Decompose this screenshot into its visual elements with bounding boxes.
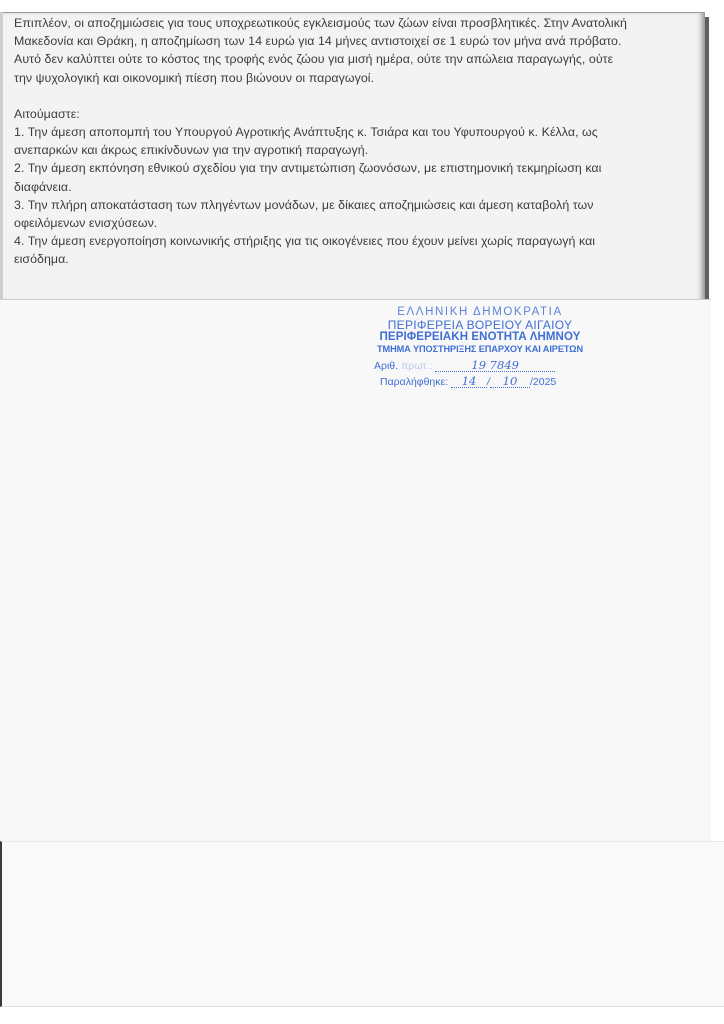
demand-item-4: 4. Την άμεση ενεργοποίηση κοινωνικής στή…: [14, 232, 704, 268]
text-line: 4. Την άμεση ενεργοποίηση κοινωνικής στή…: [14, 234, 595, 248]
demand-item-3: 3. Την πλήρη αποκατάσταση των πληγέντων …: [14, 196, 704, 232]
text-line: 1. Την άμεση αποπομπή του Υπουργού Αγροτ…: [14, 125, 598, 139]
protocol-number-label-faint: πρωτ.:: [401, 360, 432, 372]
text-line: 3. Την πλήρη αποκατάσταση των πληγέντων …: [14, 198, 594, 212]
stamp-protocol-number-row: Αριθ. πρωτ.: 19 7849: [374, 360, 590, 372]
scanned-page-middle-section: [0, 299, 711, 841]
protocol-number-label: Αριθ.: [374, 360, 398, 372]
stamp-received-date-row: Παραλήφθηκε: 14/10/2025: [380, 376, 596, 388]
paragraph-compensation: Επιπλέον, οι αποζημιώσεις για τους υποχρ…: [14, 14, 704, 87]
text-line: ανεπαρκών και άκρως επικίνδυνων για την …: [14, 143, 368, 157]
text-line: οφειλόμενων ενισχύσεων.: [14, 216, 157, 230]
text-line: την ψυχολογική και οικονομική πίεση που …: [14, 71, 374, 85]
text-line: διαφάνεια.: [14, 180, 72, 194]
received-day: 14: [451, 376, 487, 388]
received-label: Παραλήφθηκε:: [380, 376, 448, 388]
text-line: εισόδημα.: [14, 252, 69, 266]
letter-body: Επιπλέον, οι αποζημιώσεις για τους υποχρ…: [14, 14, 704, 269]
received-year: 2025: [533, 376, 556, 388]
scanned-page-bottom-section: [0, 841, 724, 1007]
protocol-number-value: 19 7849: [435, 360, 555, 372]
text-line: Επιπλέον, οι αποζημιώσεις για τους υποχρ…: [14, 16, 627, 30]
text-line: Αυτό δεν καλύπτει ούτε το κόστος της τρο…: [14, 52, 613, 66]
text-line: Μακεδονία και Θράκη, η αποζημίωση των 14…: [14, 34, 622, 48]
demand-item-1: 1. Την άμεση αποπομπή του Υπουργού Αγροτ…: [14, 123, 704, 159]
registry-stamp: ΕΛΛΗΝΙΚΗ ΔΗΜΟΚΡΑΤΙΑ ΠΕΡΙΦΕΡΕΙΑ ΒΟΡΕΙΟΥ Α…: [360, 300, 600, 400]
demand-item-2: 2. Την άμεση εκπόνηση εθνικού σχεδίου γι…: [14, 159, 704, 195]
received-month: 10: [490, 376, 530, 388]
stamp-line-department: ΤΜΗΜΑ ΥΠΟΣΤΗΡΙΞΗΣ ΕΠΑΡΧΟΥ ΚΑΙ ΑΙΡΕΤΩΝ: [362, 343, 598, 355]
text-line: 2. Την άμεση εκπόνηση εθνικού σχεδίου γι…: [14, 161, 601, 175]
demands-heading: Αιτούμαστε:: [14, 105, 704, 123]
